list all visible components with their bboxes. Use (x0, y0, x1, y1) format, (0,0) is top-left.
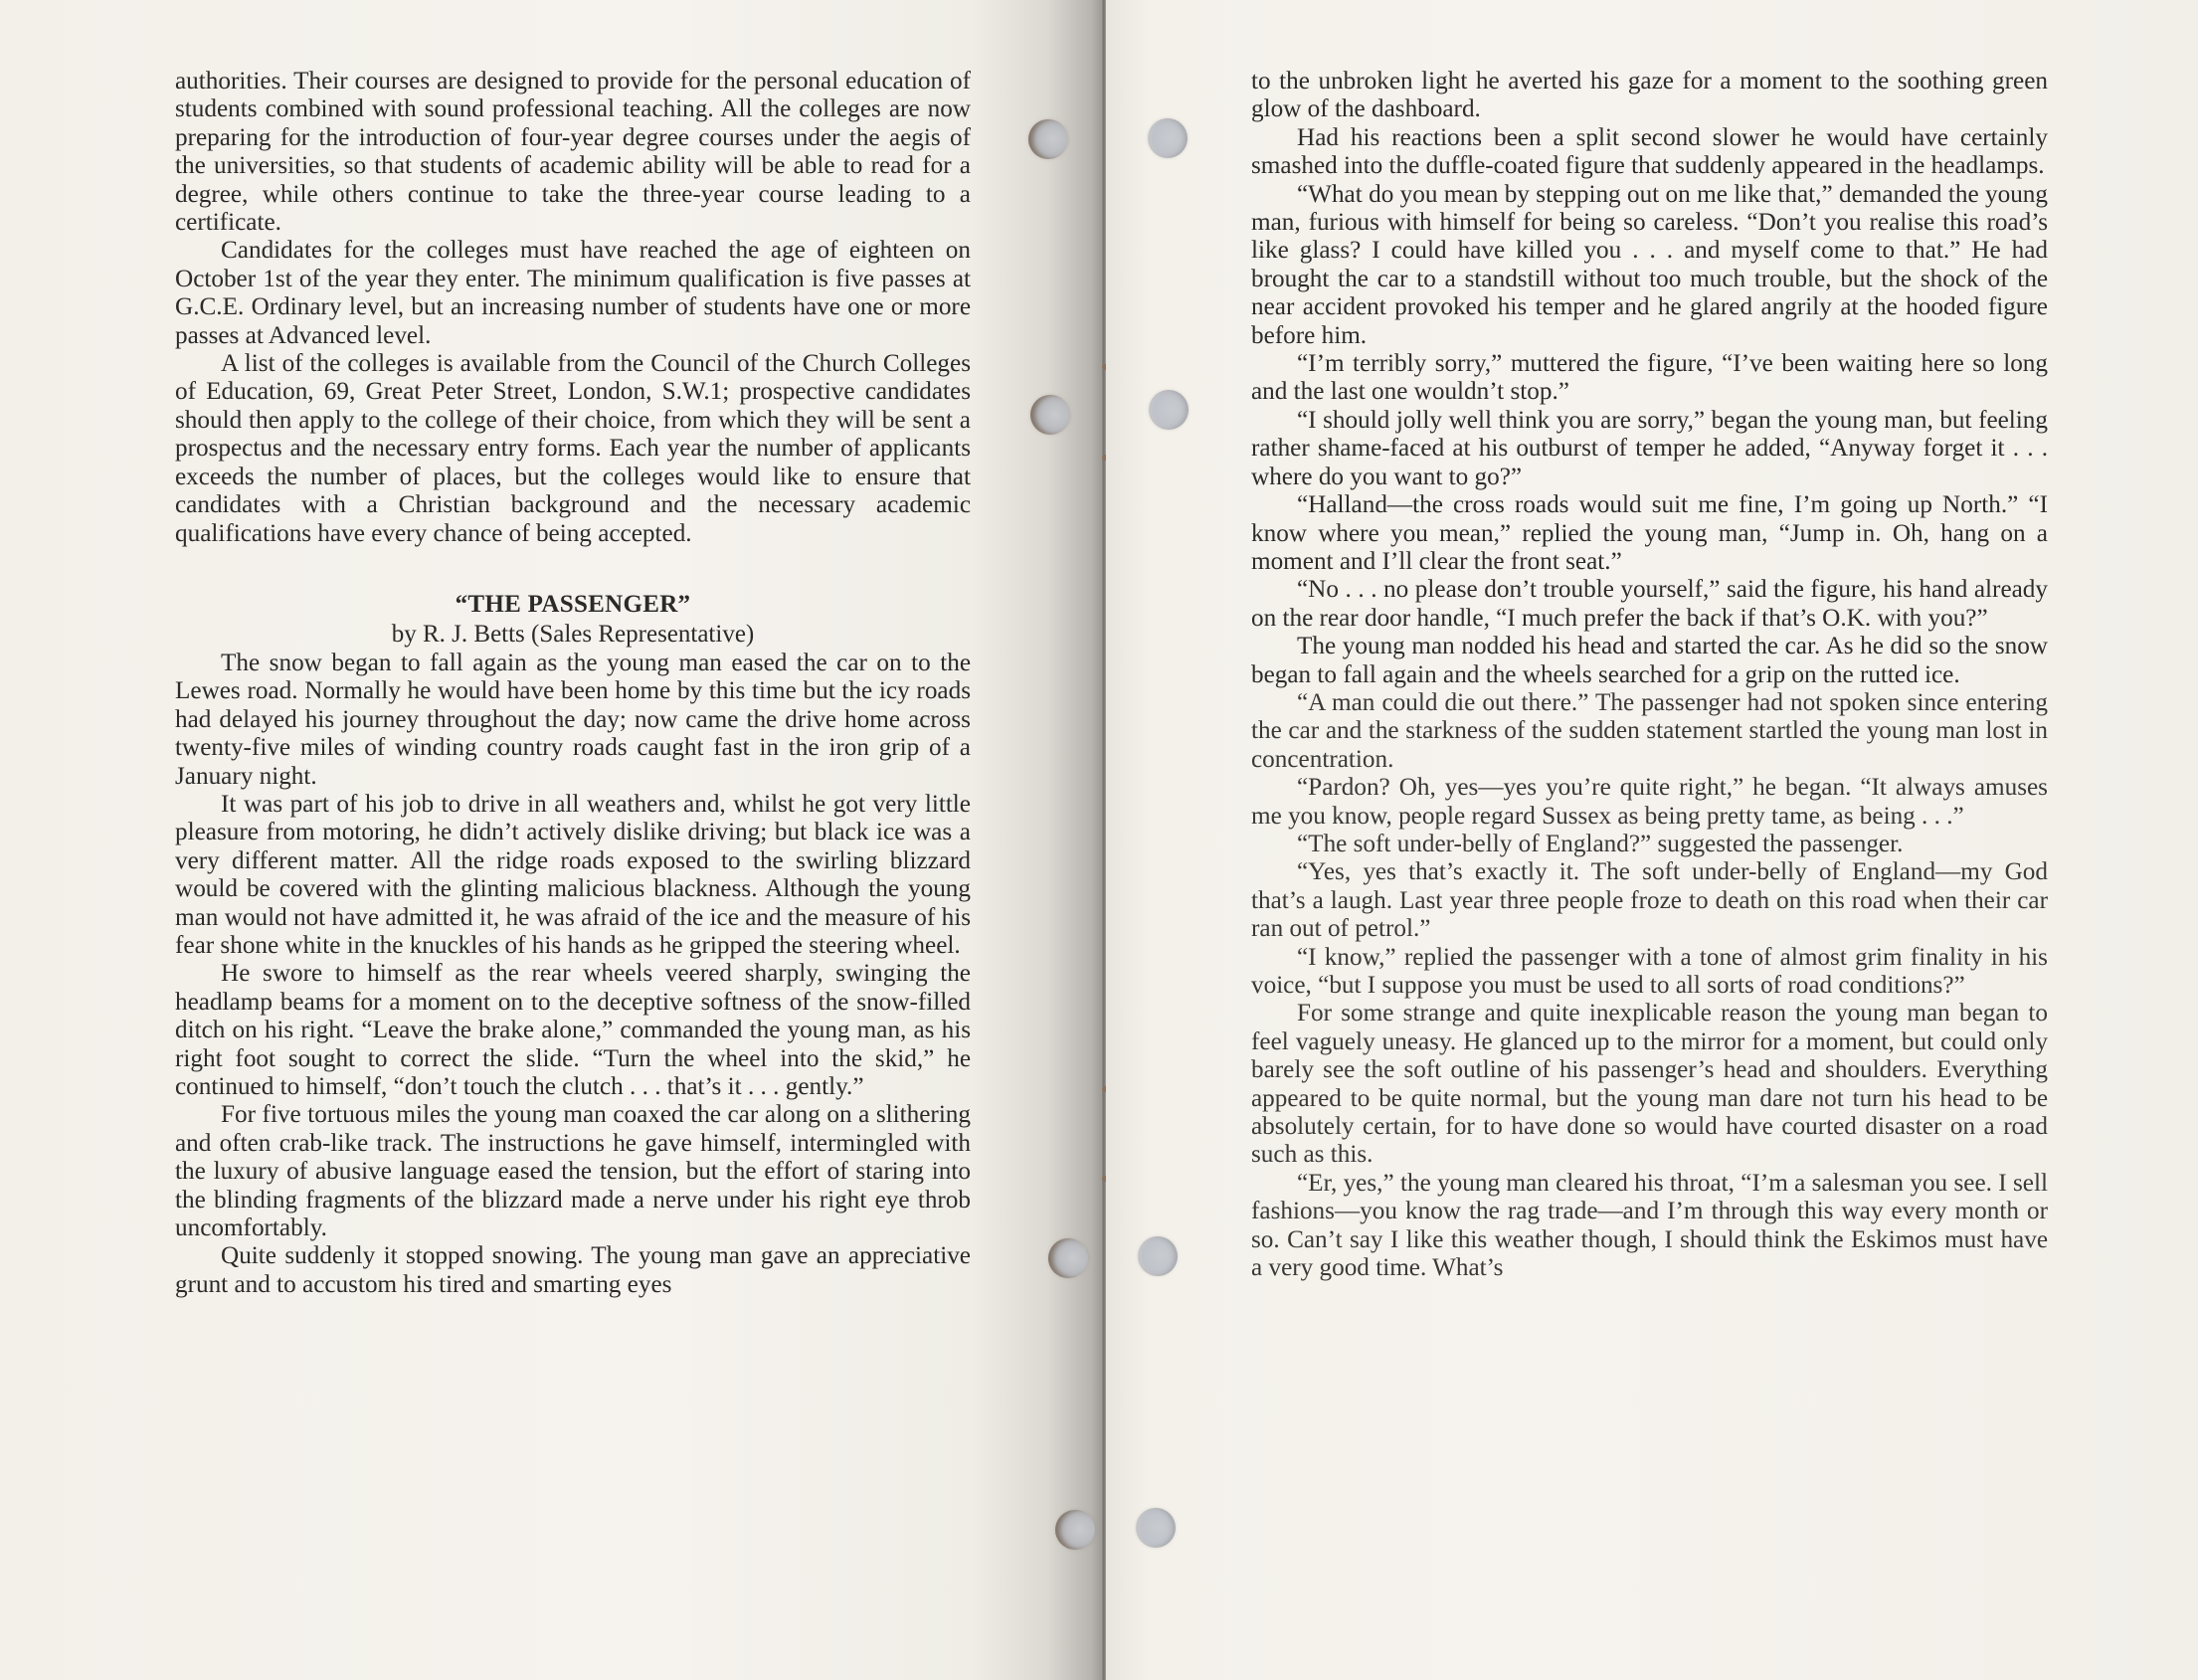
college-info-section: authorities. Their courses are designed … (175, 68, 971, 548)
story-section-left: The snow began to fall again as the youn… (175, 650, 971, 1299)
right-page-text-column: to the unbroken light he averted his gaz… (1251, 68, 2048, 1282)
binding-hole-icon (1138, 1236, 1178, 1276)
story-paragraph: “I’m terribly sorry,” muttered the figur… (1251, 350, 2048, 407)
story-paragraph: The young man nodded his head and starte… (1251, 633, 2048, 689)
story-paragraph: “No . . . no please don’t trouble yourse… (1251, 576, 2048, 633)
story-paragraph: For some strange and quite inexplicable … (1251, 1000, 2048, 1169)
paragraph-candidate-requirements: Candidates for the colleges must have re… (175, 237, 971, 350)
story-paragraph: “Yes, yes that’s exactly it. The soft un… (1251, 858, 2048, 943)
left-page-text-column: authorities. Their courses are designed … (175, 68, 971, 1299)
binding-hole-icon (1055, 1510, 1095, 1550)
story-paragraph: Had his reactions been a split second sl… (1251, 124, 2048, 181)
binding-hole-icon (1030, 395, 1070, 435)
story-paragraph: “I know,” replied the passenger with a t… (1251, 944, 2048, 1001)
paragraph-college-courses: authorities. Their courses are designed … (175, 68, 971, 237)
story-paragraph: He swore to himself as the rear wheels v… (175, 960, 971, 1101)
story-paragraph: “Halland—the cross roads would suit me f… (1251, 491, 2048, 576)
binding-hole-icon (1028, 119, 1068, 159)
binding-hole-icon (1136, 1508, 1176, 1548)
left-page: authorities. Their courses are designed … (0, 0, 1102, 1680)
story-paragraph: “What do you mean by stepping out on me … (1251, 181, 2048, 350)
story-title: “THE PASSENGER” (175, 590, 971, 620)
story-paragraph: Quite suddenly it stopped snowing. The y… (175, 1242, 971, 1299)
story-paragraph: It was part of his job to drive in all w… (175, 791, 971, 960)
story-paragraph: “A man could die out there.” The passeng… (1251, 689, 2048, 774)
story-paragraph: “Er, yes,” the young man cleared his thr… (1251, 1170, 2048, 1283)
story-paragraph: For five tortuous miles the young man co… (175, 1101, 971, 1242)
paragraph-college-list: A list of the colleges is available from… (175, 350, 971, 548)
story-paragraph: “The soft under-belly of England?” sugge… (1251, 831, 2048, 858)
story-paragraph: “Pardon? Oh, yes—yes you’re quite right,… (1251, 774, 2048, 831)
story-paragraph: The snow began to fall again as the youn… (175, 650, 971, 791)
story-byline: by R. J. Betts (Sales Representative) (175, 620, 971, 650)
booklet-spread: authorities. Their courses are designed … (0, 0, 2198, 1680)
binding-hole-icon (1149, 390, 1189, 430)
binding-hole-icon (1048, 1238, 1088, 1278)
binding-hole-icon (1148, 118, 1188, 158)
story-paragraph: to the unbroken light he averted his gaz… (1251, 68, 2048, 124)
story-paragraph: “I should jolly well think you are sorry… (1251, 407, 2048, 491)
